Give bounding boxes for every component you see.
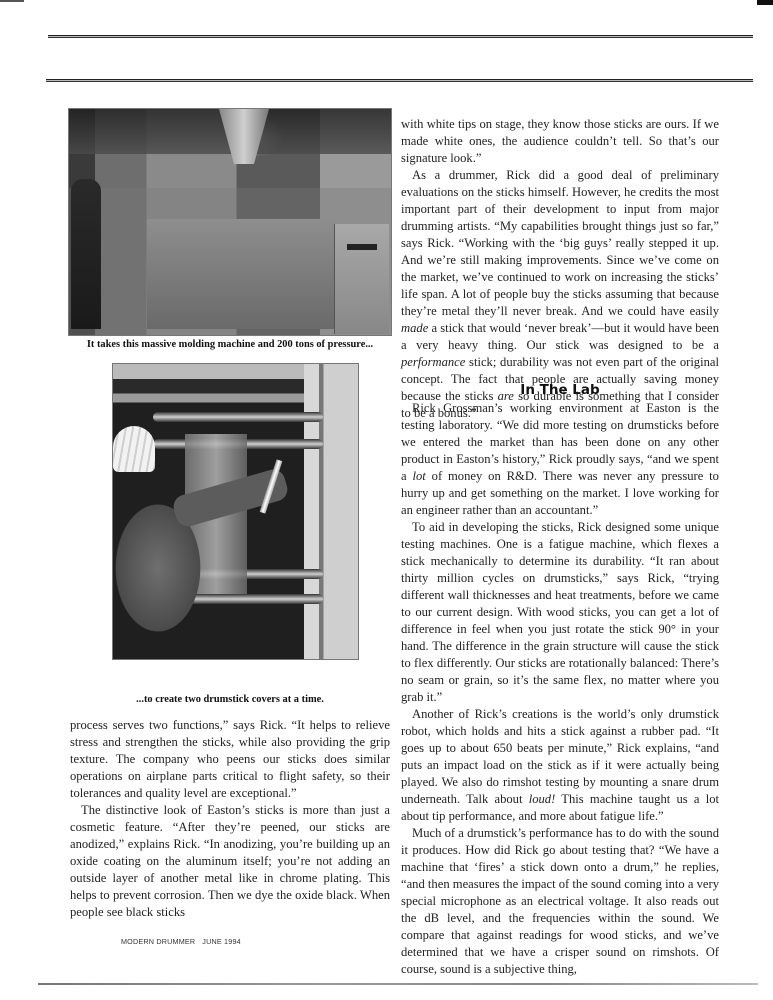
article-column-right-section: Rick Grossman’s working environment at E… <box>401 400 719 978</box>
worker-silhouette <box>71 179 101 329</box>
control-panel <box>334 224 389 334</box>
emphasis: made <box>401 321 428 335</box>
publication-name: MODERN DRUMMER <box>121 937 195 946</box>
emphasis: lot <box>412 469 425 483</box>
photo-worker-mold <box>112 363 359 660</box>
scan-corner-mark <box>0 0 24 2</box>
paragraph: with white tips on stage, they know thos… <box>401 116 719 167</box>
figure-caption: It takes this massive molding machine an… <box>60 339 400 350</box>
scan-corner-mark <box>757 0 773 5</box>
paragraph: To aid in developing the sticks, Rick de… <box>401 519 719 706</box>
panel-display <box>347 244 377 250</box>
header-rule-top <box>48 35 753 38</box>
photo-molding-machine <box>68 108 392 336</box>
paragraph: Rick Grossman’s working environment at E… <box>401 400 719 519</box>
paragraph: process serves two functions,” says Rick… <box>70 717 390 802</box>
page-footer: MODERN DRUMMERJUNE 1994 <box>121 937 241 946</box>
worker-cap <box>113 426 155 472</box>
article-column-left: process serves two functions,” says Rick… <box>70 717 390 921</box>
footer-rule <box>38 983 758 985</box>
section-heading: In The Lab <box>401 382 719 398</box>
figure-caption: ...to create two drumstick covers at a t… <box>60 694 400 705</box>
emphasis: loud! <box>529 792 556 806</box>
issue-date: JUNE 1994 <box>202 937 241 946</box>
emphasis: performance <box>401 355 465 369</box>
machine-rod <box>153 412 323 422</box>
article-column-right: with white tips on stage, they know thos… <box>401 116 719 422</box>
paragraph: Another of Rick’s creations is the world… <box>401 706 719 825</box>
header-rule-second <box>46 79 753 82</box>
paragraph: The distinctive look of Easton’s sticks … <box>70 802 390 921</box>
machine-body <box>147 219 337 329</box>
machine-hopper <box>219 109 269 164</box>
paragraph: Much of a drumstick’s performance has to… <box>401 825 719 978</box>
